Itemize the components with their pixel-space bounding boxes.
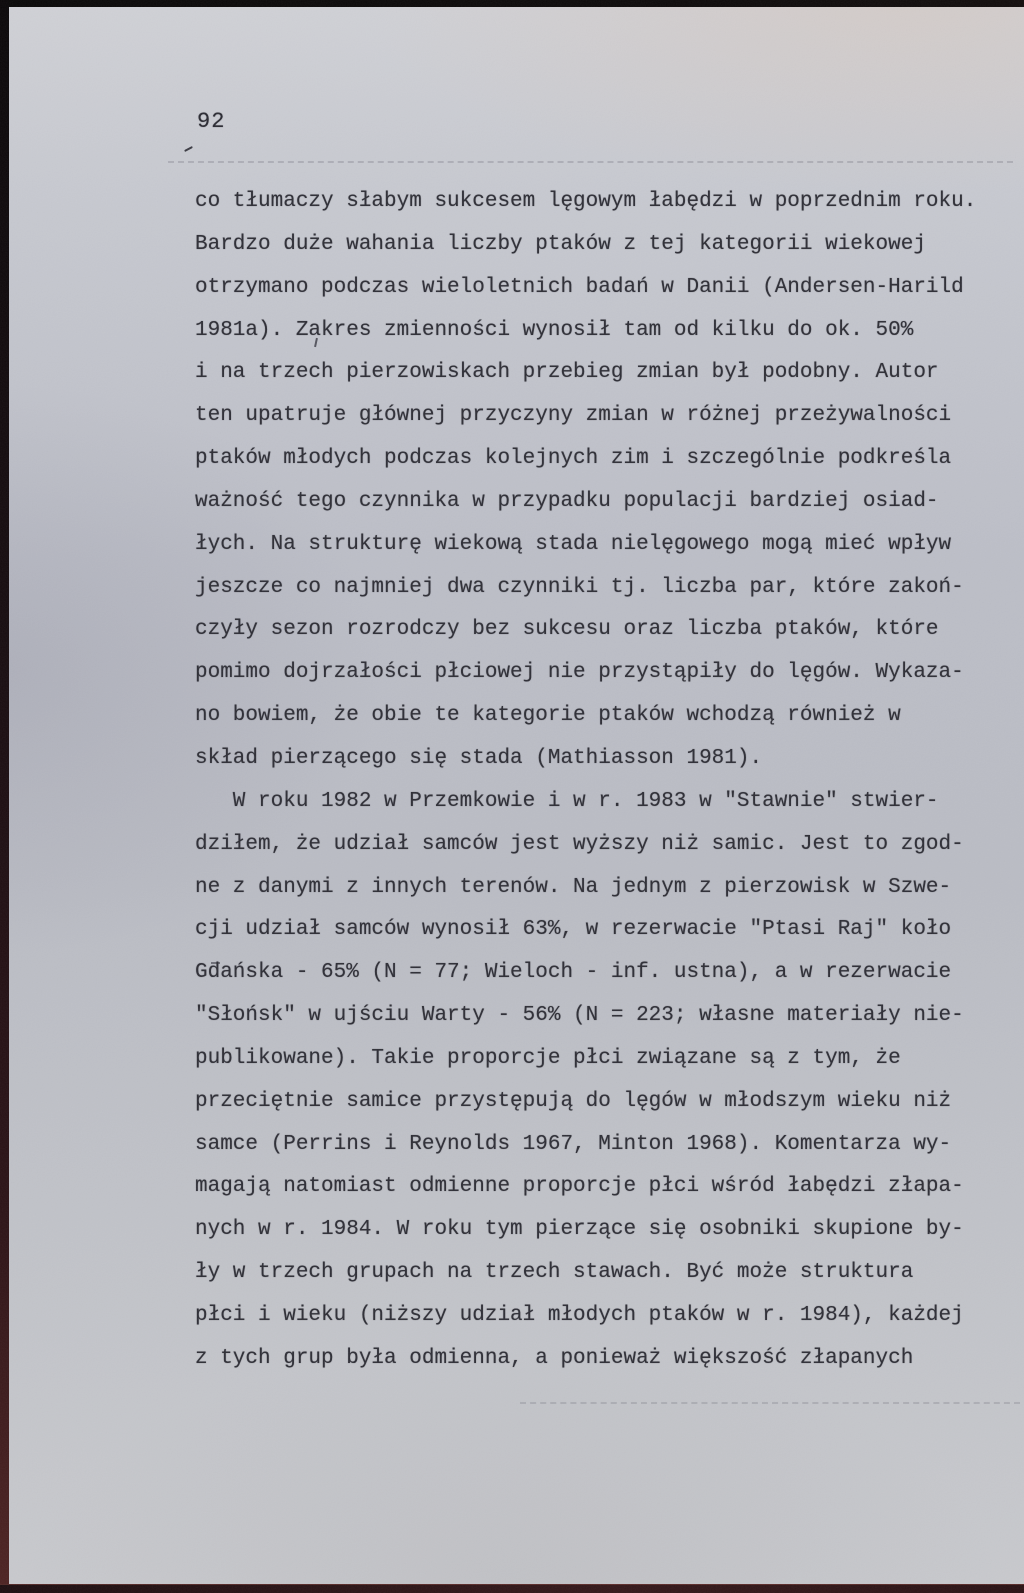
stray-pen-mark: [184, 146, 193, 152]
text-line: ptaków młodych podczas kolejnych zim i s…: [195, 438, 1005, 481]
text-line: Gdańska - 65% (N = 77; Wieloch - inf. us…: [195, 952, 1005, 995]
scanned-document-page: 92 co tłumaczy słabym sukcesem lęgowym ł…: [0, 0, 1024, 1593]
text-line: ne z danymi z innych terenów. Na jednym …: [195, 867, 1005, 910]
scan-artifact-line-bottom: [520, 1402, 1020, 1404]
text-line: pomimo dojrzałości płciowej nie przystąp…: [195, 652, 1005, 695]
text-line: i na trzech pierzowiskach przebieg zmian…: [195, 352, 1005, 395]
text-line: ły w trzech grupach na trzech stawach. B…: [195, 1252, 1005, 1295]
text-line: jeszcze co najmniej dwa czynniki tj. lic…: [195, 567, 1005, 610]
text-line: ważność tego czynnika w przypadku popula…: [195, 481, 1005, 524]
page-number: 92: [197, 109, 225, 134]
scan-edge-left: [0, 0, 9, 1593]
text-line: co tłumaczy słabym sukcesem lęgowym łabę…: [195, 181, 1005, 224]
scan-artifact-line-top: [168, 161, 1013, 163]
text-line: dziłem, że udział samców jest wyższy niż…: [195, 824, 1005, 867]
text-line: z tych grup była odmienna, a ponieważ wi…: [195, 1338, 1005, 1381]
text-line: przeciętnie samice przystępują do lęgów …: [195, 1081, 1005, 1124]
text-line: no bowiem, że obie te kategorie ptaków w…: [195, 695, 1005, 738]
text-line: otrzymano podczas wieloletnich badań w D…: [195, 267, 1005, 310]
text-line: 1981a). Zakres zmienności wynosił tam od…: [195, 310, 1005, 353]
text-line: czyły sezon rozrodczy bez sukcesu oraz l…: [195, 609, 1005, 652]
text-line: nych w r. 1984. W roku tym pierzące się …: [195, 1209, 1005, 1252]
text-line: ten upatruje głównej przyczyny zmian w r…: [195, 395, 1005, 438]
text-line: skład pierzącego się stada (Mathiasson 1…: [195, 738, 1005, 781]
text-line: Bardzo duże wahania liczby ptaków z tej …: [195, 224, 1005, 267]
text-line: łych. Na strukturę wiekową stada nielęgo…: [195, 524, 1005, 567]
body-text: co tłumaczy słabym sukcesem lęgowym łabę…: [195, 181, 1005, 1381]
text-line: samce (Perrins i Reynolds 1967, Minton 1…: [195, 1124, 1005, 1167]
text-line: płci i wieku (niższy udział młodych ptak…: [195, 1295, 1005, 1338]
scan-edge-bottom: [0, 1584, 1024, 1593]
text-line: cji udział samców wynosił 63%, w rezerwa…: [195, 909, 1005, 952]
text-line: "Słońsk" w ujściu Warty - 56% (N = 223; …: [195, 995, 1005, 1038]
scan-edge-top: [0, 0, 1024, 7]
text-line: magają natomiast odmienne proporcje płci…: [195, 1166, 1005, 1209]
text-line: W roku 1982 w Przemkowie i w r. 1983 w "…: [195, 781, 1005, 824]
text-line: publikowane). Takie proporcje płci związ…: [195, 1038, 1005, 1081]
